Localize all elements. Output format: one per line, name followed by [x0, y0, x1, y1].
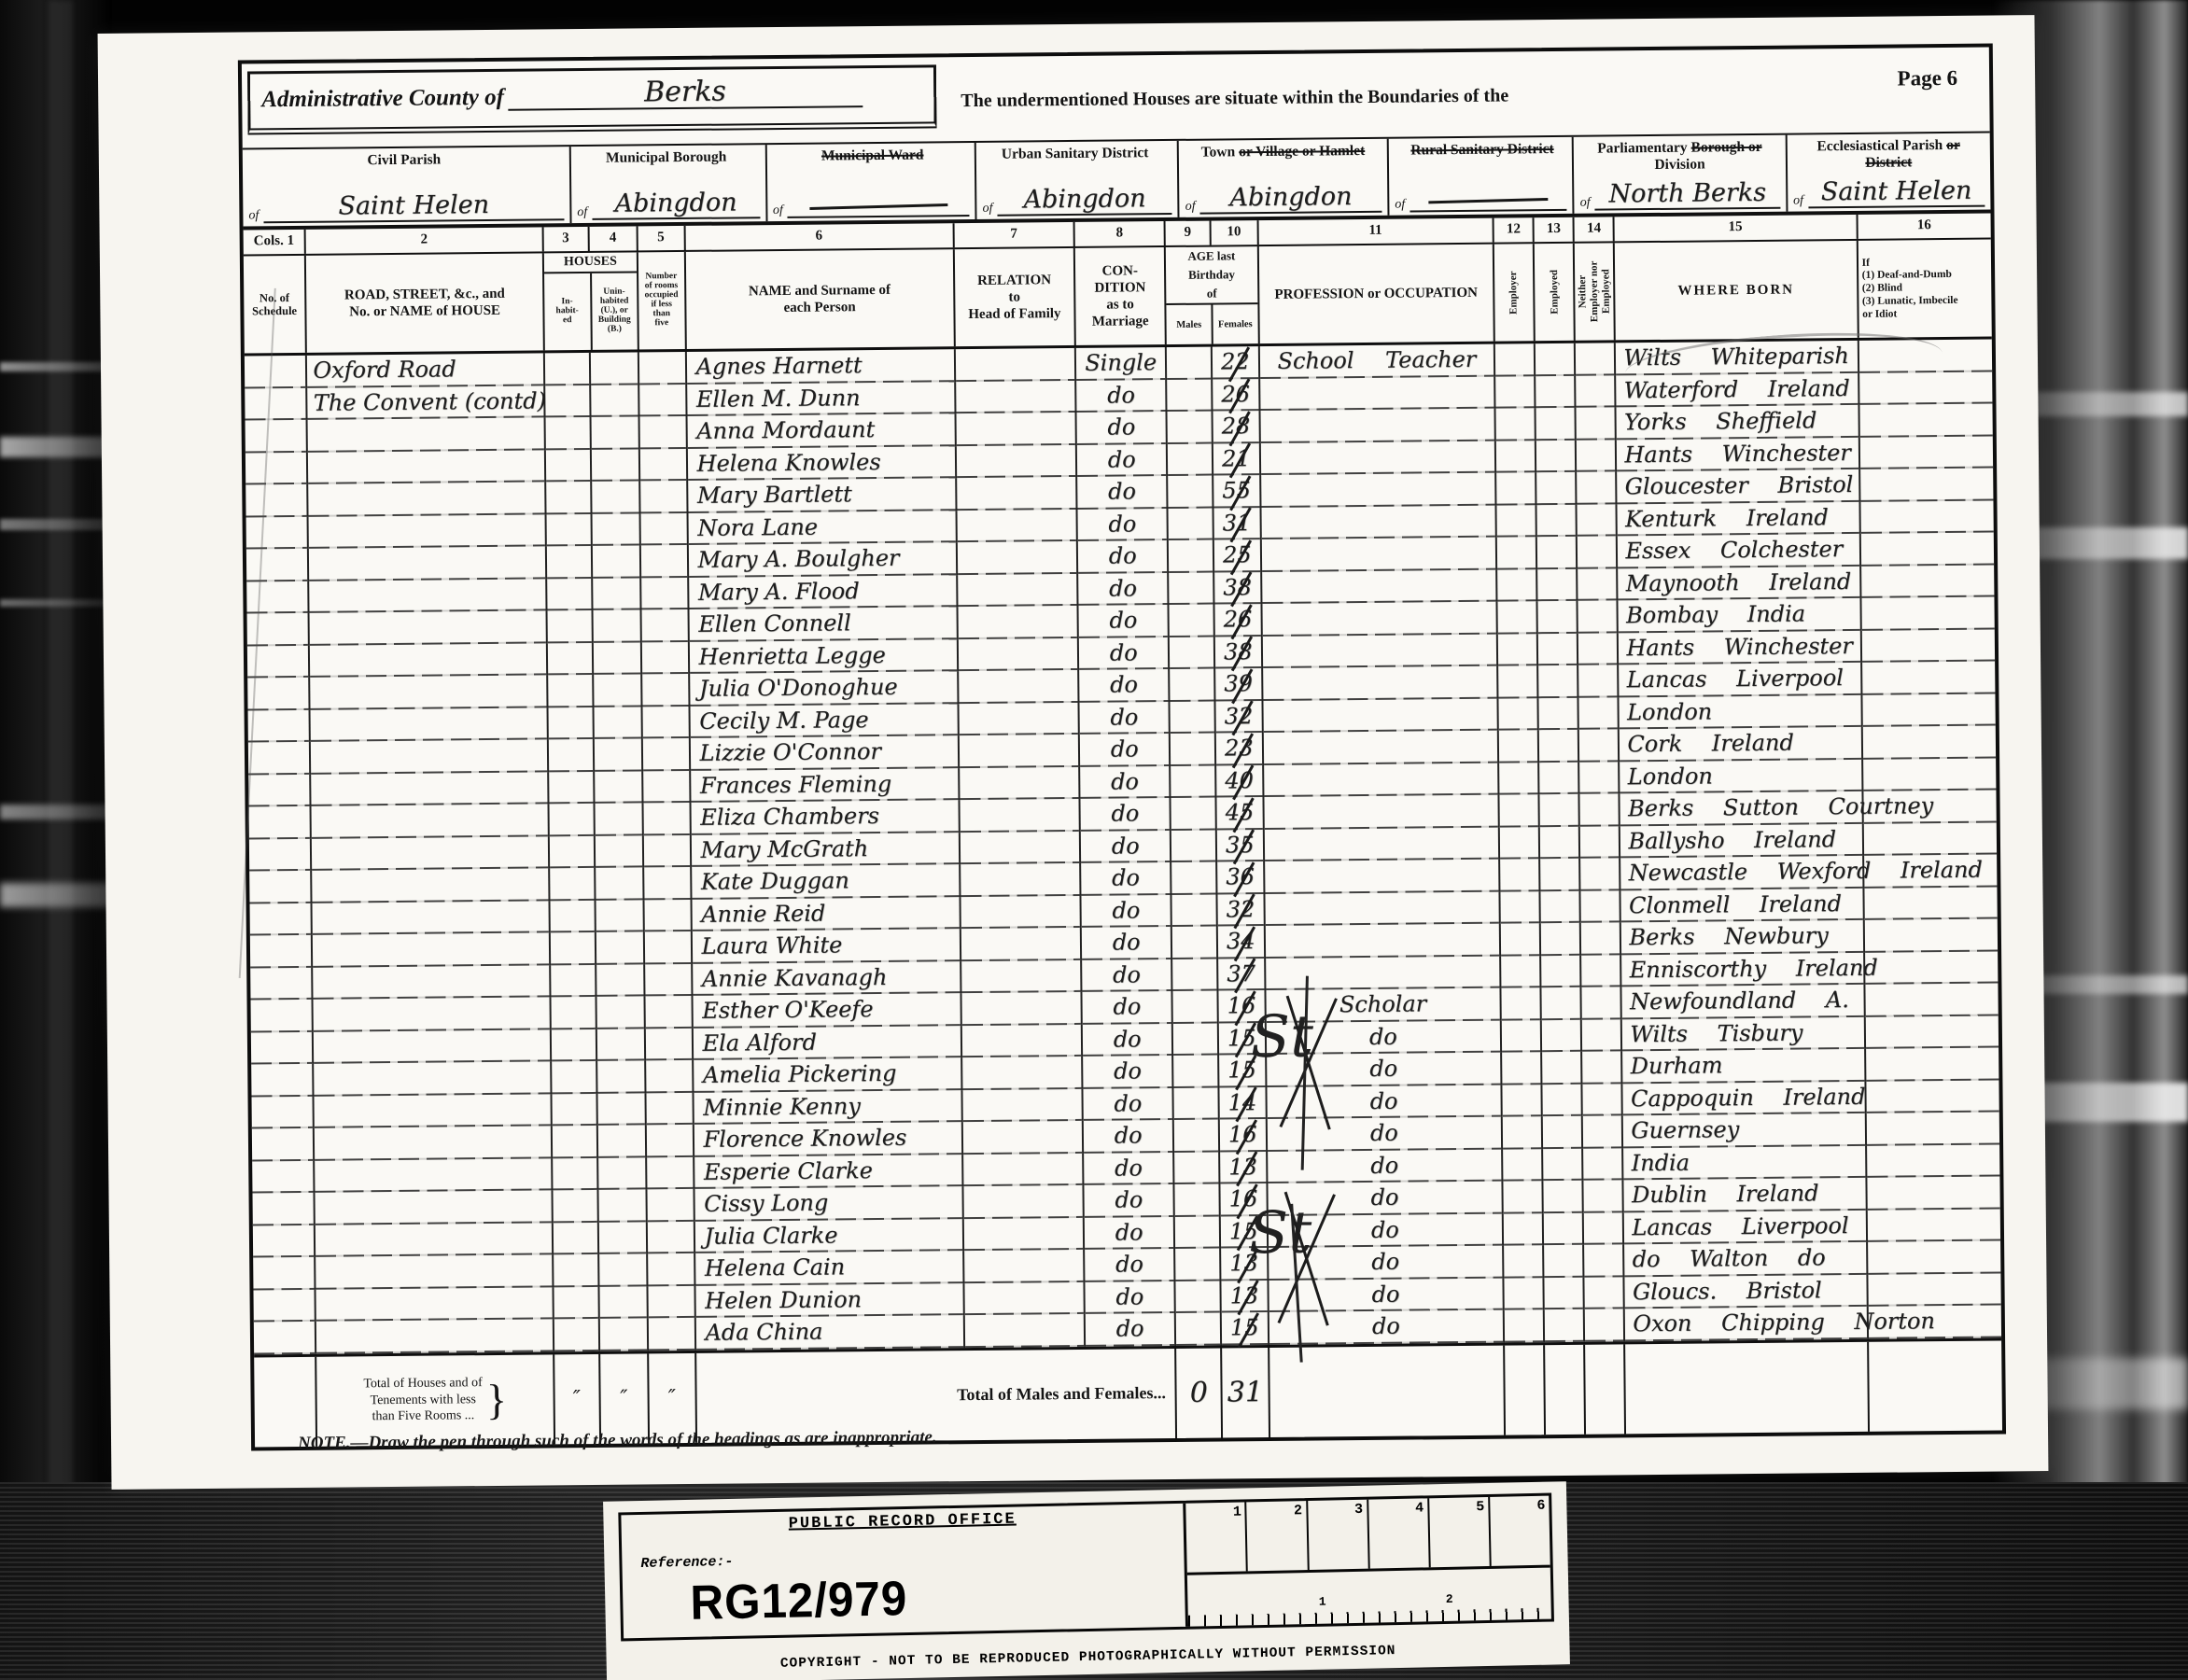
employer-cell: [1499, 763, 1539, 795]
neither-cell: [1581, 890, 1621, 923]
rooms-cell: [642, 641, 690, 674]
age-female-cell: 15: [1222, 1312, 1269, 1345]
profession-cell: [1260, 441, 1496, 475]
condition-cell: do: [1080, 701, 1171, 734]
road-cell: [315, 1094, 553, 1128]
uninhabited-cell: [595, 835, 644, 868]
rooms-cell: [643, 738, 691, 771]
employer-cell: [1498, 665, 1538, 698]
schedule-cell: [248, 774, 312, 806]
schedule-cell: [246, 516, 310, 549]
col-number: 16: [1858, 214, 1991, 239]
name-cell: Annie Kavanagh: [693, 961, 962, 996]
condition-cell: do: [1081, 830, 1172, 862]
employer-cell: [1500, 827, 1540, 860]
header-schedule: No. of Schedule: [244, 256, 307, 354]
header-infirmity: If (1) Deaf-and-Dumb (2) Blind (3) Lunat…: [1858, 240, 1991, 338]
infirmity-cell: [1861, 565, 1995, 598]
road-cell: Oxford Road: [307, 353, 545, 387]
inhabited-cell: [548, 675, 594, 707]
rooms-cell: [648, 1221, 695, 1253]
age-female-cell: 13: [1221, 1248, 1269, 1281]
relation-cell: [960, 735, 1080, 768]
rooms-cell: [644, 803, 692, 835]
relation-cell: [961, 959, 1082, 993]
uninhabited-cell: [599, 1318, 649, 1351]
relation-cell: [961, 992, 1082, 1026]
situate-heading: The undermentioned Houses are situate wi…: [961, 83, 1782, 112]
where-born-cell: Newcastle Wexford Ireland: [1621, 856, 1865, 890]
where-born-cell: Gloucs. Bristol: [1625, 1274, 1869, 1309]
where-born-cell: India: [1624, 1145, 1868, 1180]
infirmity-cell: [1864, 919, 1998, 953]
header-condition: CON- DITION as to Marriage: [1075, 247, 1167, 345]
schedule-cell: [246, 549, 310, 581]
name-cell: Julia Clarke: [694, 1219, 964, 1253]
road-cell: [312, 772, 550, 806]
uninhabited-cell: [596, 964, 646, 997]
profession-cell: Scholar: [1266, 988, 1502, 1023]
neither-cell: [1579, 697, 1620, 730]
neither-cell: [1580, 793, 1620, 826]
brace: }: [486, 1373, 508, 1427]
inhabited-cell: [548, 707, 594, 739]
profession-cell: do: [1268, 1182, 1504, 1216]
age-male-cell: [1169, 476, 1214, 509]
road-cell: [310, 643, 548, 678]
employer-cell: [1502, 1052, 1542, 1085]
inhabited-cell: [552, 1029, 597, 1061]
profession-cell: [1261, 538, 1497, 572]
employer-cell: [1505, 1309, 1545, 1342]
relation-cell: [956, 380, 1076, 413]
employer-cell: [1502, 987, 1542, 1020]
census-form: Administrative County of Berks The under…: [238, 44, 2006, 1450]
age-female-cell: 37: [1218, 959, 1266, 991]
neither-cell: [1585, 1277, 1625, 1309]
infirmity-cell: [1865, 951, 1999, 985]
rooms-cell: [646, 1060, 694, 1093]
road-cell: [316, 1287, 554, 1322]
inhabited-cell: [551, 997, 596, 1029]
col-number: 7: [954, 222, 1074, 247]
employer-cell: [1496, 472, 1536, 505]
road-cell: The Convent (contd): [308, 385, 546, 420]
district-ecclesiastical: Ecclesiastical Parishor District ofSaint…: [1787, 133, 1990, 212]
record-office-title: PUBLIC RECORD OFFICE: [621, 1507, 1184, 1537]
condition-cell: do: [1077, 476, 1169, 509]
where-born-cell: Kenturk Ireland: [1618, 501, 1861, 536]
rooms-cell: [649, 1285, 696, 1318]
header-males: Males: [1167, 305, 1213, 344]
infirmity-cell: [1863, 758, 1997, 791]
name-cell: Eliza Chambers: [691, 800, 961, 834]
infirmity-cell: [1866, 1112, 1999, 1145]
relation-cell: [961, 895, 1081, 929]
neither-cell: [1579, 729, 1620, 762]
rooms-cell: [645, 931, 693, 964]
age-male-cell: [1172, 959, 1218, 991]
ruler-ticks: 1 2: [1187, 1567, 1551, 1627]
road-cell: [314, 997, 552, 1031]
where-born-cell: Hants Winchester: [1617, 437, 1860, 471]
relation-cell: [960, 766, 1080, 800]
age-male-cell: [1172, 894, 1218, 927]
district-municipal-ward: Municipal Ward of: [766, 143, 976, 221]
infirmity-cell: [1859, 404, 1993, 438]
header-houses-group: HOUSES In- habit- ed Unin- habited (U.),…: [544, 252, 639, 350]
where-born-cell: Guernsey: [1623, 1113, 1867, 1148]
admin-county-box: Administrative County of Berks: [247, 64, 937, 134]
uninhabited-cell: [596, 996, 646, 1029]
rooms-cell: [646, 1028, 694, 1060]
relation-cell: [959, 637, 1079, 671]
employed-cell: [1544, 1245, 1584, 1278]
neither-cell: [1584, 1244, 1624, 1277]
neither-cell: [1580, 858, 1620, 890]
road-cell: [313, 932, 551, 967]
neither-cell: [1578, 536, 1618, 568]
schedule-cell: [251, 1064, 315, 1097]
age-male-cell: [1171, 862, 1217, 895]
age-male-cell: [1172, 927, 1218, 959]
ruler: 1 2 3 4 5 6 1 2: [1184, 1496, 1551, 1627]
schedule-cell: [250, 967, 314, 1000]
where-born-cell: Cappoquin Ireland: [1623, 1081, 1867, 1115]
employed-cell: [1538, 665, 1578, 698]
rooms-cell: [645, 963, 693, 996]
uninhabited-cell: [592, 449, 641, 482]
condition-cell: do: [1082, 991, 1173, 1024]
where-born-cell: do Walton do: [1625, 1242, 1869, 1277]
schedule-cell: [247, 645, 311, 678]
name-cell: Henrietta Legge: [689, 639, 959, 674]
employed-cell: [1542, 1019, 1582, 1052]
uninhabited-cell: [594, 738, 643, 771]
age-female-cell: 34: [1218, 926, 1266, 959]
age-female-cell: 39: [1215, 668, 1263, 701]
rooms-cell: [647, 1156, 694, 1189]
uninhabited-cell: [596, 1029, 646, 1061]
relation-cell: [963, 1121, 1084, 1155]
condition-cell: do: [1077, 444, 1169, 477]
col-number: 14: [1575, 217, 1615, 241]
inhabited-cell: [550, 868, 596, 901]
schedule-cell: [252, 1128, 316, 1161]
relation-cell: [964, 1250, 1085, 1283]
relation-cell: [958, 541, 1078, 575]
totals-row: Total of Houses and of Tenements with le…: [254, 1337, 2002, 1447]
age-male-cell: [1174, 1087, 1220, 1120]
employer-cell: [1496, 408, 1536, 441]
rooms-cell: [639, 384, 687, 416]
neither-cell: [1584, 1212, 1624, 1245]
schedule-cell: [252, 1193, 316, 1225]
header-age: AGE last Birthday of: [1166, 246, 1257, 305]
rooms-cell: [644, 867, 692, 900]
totals-empty: [1505, 1345, 1546, 1435]
where-born-cell: Lancas Liverpool: [1620, 663, 1863, 697]
age-male-cell: [1168, 379, 1213, 412]
ruler-number: 3: [1308, 1500, 1370, 1570]
infirmity-cell: [1860, 500, 1994, 534]
employer-cell: [1497, 505, 1537, 538]
employer-cell: [1498, 634, 1538, 666]
employed-cell: [1541, 923, 1581, 956]
employed-cell: [1540, 794, 1580, 827]
profession-cell: do: [1267, 1085, 1503, 1119]
infirmity-cell: [1864, 887, 1998, 920]
profession-cell: do: [1268, 1149, 1504, 1183]
condition-cell: do: [1079, 605, 1171, 637]
road-cell: [316, 1254, 554, 1289]
ruler-number: 6: [1490, 1496, 1550, 1566]
scanned-census-page: Administrative County of Berks The under…: [0, 0, 2188, 1680]
age-female-cell: 14: [1219, 1087, 1267, 1120]
condition-cell: do: [1084, 1184, 1175, 1217]
age-female-cell: 15: [1219, 1055, 1267, 1087]
name-cell: Ada China: [695, 1315, 965, 1350]
header-employed: Employed: [1535, 244, 1576, 341]
condition-cell: do: [1085, 1216, 1176, 1249]
rooms-cell: [642, 674, 690, 707]
page-number: Page 6: [1897, 66, 1957, 91]
employer-cell: [1505, 1278, 1545, 1310]
employer-cell: [1496, 441, 1536, 473]
neither-cell: [1584, 1180, 1624, 1212]
condition-cell: do: [1080, 765, 1171, 798]
uninhabited-cell: [595, 771, 644, 804]
condition-cell: do: [1082, 927, 1173, 959]
county-header-row: Administrative County of Berks The under…: [242, 48, 1990, 148]
ruler-number: 2: [1247, 1501, 1310, 1571]
age-female-cell: 25: [1214, 539, 1262, 572]
inhabited-cell: [551, 932, 596, 965]
employed-cell: [1545, 1277, 1585, 1309]
neither-cell: [1583, 1115, 1623, 1148]
employer-cell: [1500, 794, 1540, 827]
infirmity-cell: [1866, 1080, 1999, 1113]
age-female-cell: 16: [1218, 990, 1266, 1023]
col-number: 4: [589, 226, 638, 251]
totals-empty: [1626, 1341, 1870, 1433]
name-cell: Helena Cain: [695, 1251, 965, 1285]
relation-cell: [956, 413, 1076, 446]
uninhabited-cell: [593, 609, 642, 642]
uninhabited-cell: [594, 707, 643, 739]
employer-cell: [1503, 1149, 1543, 1182]
profession-cell: [1264, 763, 1500, 797]
infirmity-cell: [1865, 984, 1999, 1017]
header-houses: HOUSES: [544, 252, 637, 273]
age-male-cell: [1174, 1152, 1220, 1184]
profession-cell: do: [1268, 1213, 1504, 1248]
profession-cell: [1265, 924, 1501, 959]
copyright-notice: COPYRIGHT - NOT TO BE REPRODUCED PHOTOGR…: [607, 1640, 1570, 1675]
condition-cell: do: [1076, 380, 1168, 413]
age-male-cell: [1171, 798, 1217, 831]
employer-cell: [1501, 923, 1541, 956]
neither-cell: [1582, 987, 1622, 1019]
employer-cell: [1497, 537, 1537, 569]
schedule-cell: [245, 420, 309, 453]
uninhabited-cell: [597, 1125, 647, 1157]
col-number: 13: [1535, 217, 1575, 242]
name-cell: Laura White: [692, 929, 961, 963]
condition-cell: do: [1079, 669, 1171, 702]
employed-cell: [1543, 1116, 1583, 1149]
age-female-cell: 36: [1217, 861, 1265, 894]
neither-cell: [1583, 1148, 1623, 1181]
employer-cell: [1495, 343, 1536, 376]
infirmity-cell: [1863, 791, 1997, 824]
employed-cell: [1536, 408, 1577, 441]
district-rural-sanitary: Rural Sanitary District of: [1389, 137, 1575, 216]
age-female-cell: 13: [1220, 1152, 1268, 1184]
employed-cell: [1540, 826, 1580, 859]
employed-cell: [1545, 1309, 1585, 1342]
col-number: 8: [1075, 221, 1167, 246]
road-cell: [311, 739, 549, 774]
name-cell: Ellen M. Dunn: [687, 382, 957, 416]
employed-cell: [1536, 440, 1577, 472]
employer-cell: [1504, 1213, 1544, 1246]
name-cell: Helen Dunion: [695, 1283, 965, 1318]
infirmity-cell: [1861, 629, 1995, 663]
rooms-cell: [640, 448, 688, 481]
profession-cell: [1265, 860, 1501, 894]
rooms-cell: [641, 545, 689, 578]
employed-cell: [1539, 697, 1579, 730]
condition-cell: do: [1081, 894, 1172, 927]
totals-empty: [1869, 1340, 2002, 1431]
road-cell: [308, 450, 546, 484]
condition-cell: do: [1085, 1281, 1176, 1313]
relation-cell: [958, 606, 1078, 639]
relation-cell: [959, 670, 1079, 704]
district-town: Townor Village or Hamlet ofAbingdon: [1179, 139, 1389, 217]
where-born-cell: Hants Winchester: [1619, 630, 1862, 665]
infirmity-cell: [1868, 1273, 2001, 1307]
relation-cell: [964, 1281, 1085, 1315]
age-female-cell: 38: [1215, 637, 1263, 669]
infirmity-cell: [1863, 822, 1997, 856]
profession-cell: [1262, 634, 1498, 668]
employed-cell: [1539, 730, 1579, 763]
neither-cell: [1578, 600, 1619, 633]
profession-cell: [1263, 698, 1499, 733]
road-cell: [311, 707, 549, 742]
schedule-cell: [249, 871, 313, 903]
neither-cell: [1581, 922, 1621, 955]
employed-cell: [1538, 633, 1578, 665]
uninhabited-cell: [598, 1157, 648, 1190]
relation-cell: [959, 702, 1079, 735]
age-female-cell: 16: [1220, 1119, 1268, 1152]
district-civil-parish: Civil Parish ofSaint Helen: [243, 147, 572, 226]
name-cell: Ela Alford: [693, 1026, 962, 1060]
film-streak: [49, 0, 73, 1680]
uninhabited-cell: [596, 867, 645, 900]
profession-cell: do: [1269, 1246, 1505, 1281]
employer-cell: [1503, 1116, 1543, 1149]
name-cell: Annie Reid: [692, 897, 961, 931]
profession-cell: [1266, 956, 1502, 990]
age-female-cell: 55: [1213, 475, 1261, 508]
age-male-cell: [1170, 605, 1215, 637]
schedule-cell: [245, 356, 308, 388]
infirmity-cell: [1864, 855, 1998, 889]
uninhabited-cell: [598, 1222, 648, 1254]
age-male-cell: [1173, 991, 1219, 1024]
infirmity-cell: [1867, 1209, 2000, 1242]
age-female-cell: 21: [1213, 443, 1261, 476]
header-uninhabited: Unin- habited (U.), or Building (B.): [592, 273, 638, 349]
uninhabited-cell: [597, 1060, 647, 1093]
inhabited-cell: [548, 642, 594, 675]
relation-cell: [961, 863, 1081, 897]
district-parliamentary: ParliamentaryBorough or Division ofNorth…: [1574, 135, 1788, 214]
road-cell: [314, 965, 552, 1000]
rooms-cell: [649, 1318, 696, 1351]
employed-cell: [1544, 1212, 1584, 1245]
relation-cell: [958, 573, 1078, 607]
age-female-cell: 15: [1219, 1023, 1267, 1056]
inhabited-cell: [546, 449, 592, 482]
age-male-cell: [1170, 572, 1215, 605]
neither-cell: [1577, 407, 1617, 440]
employer-cell: [1498, 601, 1538, 634]
profession-cell: do: [1267, 1117, 1503, 1152]
schedule-cell: [251, 1031, 315, 1064]
schedule-cell: [253, 1257, 316, 1290]
age-male-cell: [1173, 1056, 1219, 1088]
inhabited-cell: [546, 482, 592, 514]
infirmity-cell: [1858, 340, 1992, 373]
age-female-cell: 32: [1217, 894, 1265, 927]
inhabited-cell: [550, 900, 596, 932]
where-born-cell: Lancas Liverpool: [1624, 1210, 1868, 1244]
rooms-cell: [648, 1253, 695, 1286]
uninhabited-cell: [599, 1286, 649, 1319]
where-born-cell: London: [1620, 694, 1863, 729]
stamp-text-section: PUBLIC RECORD OFFICE Reference:- RG12/97…: [621, 1504, 1185, 1639]
name-cell: Julia O'Donoghue: [690, 671, 960, 706]
ruler-number: 1: [1319, 1595, 1326, 1609]
where-born-cell: Berks Newbury: [1621, 920, 1865, 955]
age-male-cell: [1170, 637, 1215, 669]
uninhabited-cell: [599, 1253, 649, 1286]
totals-empty: [1269, 1345, 1507, 1436]
rooms-cell: [647, 1092, 694, 1125]
employer-cell: [1501, 956, 1541, 988]
inhabited-cell: [545, 385, 591, 417]
age-male-cell: [1174, 1120, 1220, 1153]
condition-cell: do: [1079, 637, 1171, 669]
name-cell: Cissy Long: [694, 1186, 964, 1221]
inhabited-cell: [551, 964, 596, 997]
where-born-cell: Waterford Ireland: [1617, 372, 1860, 407]
condition-cell: do: [1085, 1249, 1176, 1281]
inhabited-cell: [553, 1157, 598, 1190]
where-born-cell: Cork Ireland: [1620, 727, 1863, 762]
age-female-cell: 16: [1220, 1183, 1268, 1216]
rooms-cell: [646, 996, 694, 1029]
road-cell: [310, 579, 548, 613]
employer-cell: [1504, 1245, 1544, 1278]
inhabited-cell: [546, 513, 592, 546]
inhabited-cell: [545, 353, 591, 385]
